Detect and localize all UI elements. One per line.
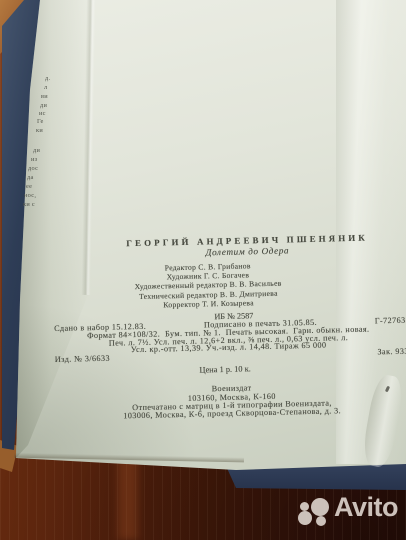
page-fragment: да <box>27 174 34 181</box>
page-fragment: ди <box>33 147 40 154</box>
page-fragment: ее <box>26 183 32 190</box>
page-fragment: ис <box>39 110 46 117</box>
page-fragment: л <box>44 84 47 91</box>
avito-wordmark: Avito <box>334 492 398 523</box>
avito-watermark: Avito <box>282 488 404 538</box>
page-fragment: дос <box>28 165 38 172</box>
colophon-text: ГЕОРГИЙ АНДРЕЕВИЧ ПШЕНЯНИК Долетим до Од… <box>40 232 406 423</box>
price: Цена 1 р. 10 к. <box>43 362 406 379</box>
page-fragment: ди <box>40 102 47 109</box>
order-number: Зак. 933 <box>377 348 406 357</box>
page-fragment: ви <box>41 93 48 100</box>
print-spec-block: Сдано в набор 15.12.83. Подписано в печа… <box>46 317 406 365</box>
page-fragment: нос, <box>24 192 36 199</box>
page-fragment: из <box>31 156 37 163</box>
print-code: Г-72763. <box>375 317 406 326</box>
credits-block: Редактор С. В. Грибанов Художник Г. С. Б… <box>26 258 391 313</box>
edition-number: Изд. № 3/6633 <box>55 355 110 364</box>
avito-logo-icon <box>316 516 326 526</box>
avito-logo-icon <box>300 502 309 511</box>
page-fragment: ки с <box>23 201 35 208</box>
avito-logo-icon <box>298 511 312 525</box>
avito-logo-icon <box>311 498 329 516</box>
page-fragment: Ге <box>37 118 44 125</box>
page-fragment: д. <box>45 75 50 82</box>
book-colophon-photo: д. л ви ди ис Ге ки ди из дос да ее нос,… <box>0 0 406 540</box>
page-fragment: ки <box>36 127 43 134</box>
